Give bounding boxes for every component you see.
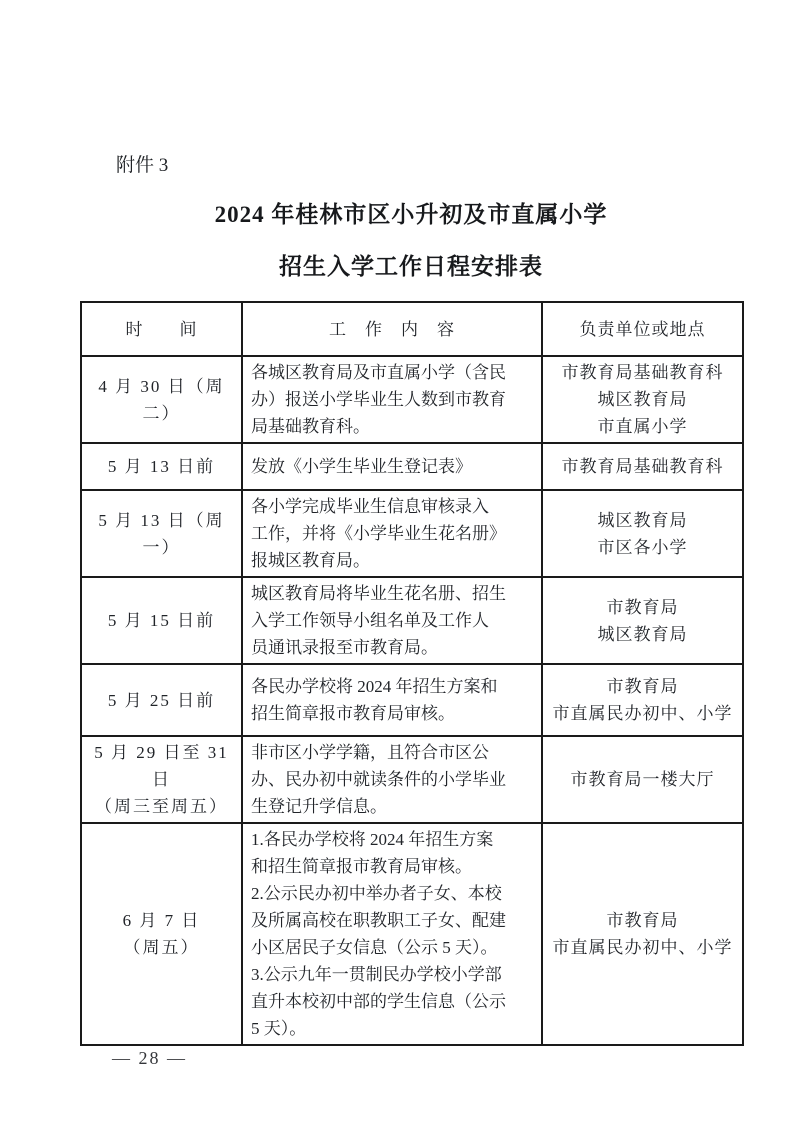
table-row: 5 月 13 日前 发放《小学生毕业生登记表》 市教育局基础教育科 [81,443,743,490]
unit-cell: 市教育局一楼大厅 [542,736,743,823]
time-cell: 5 月 13 日（周一） [81,490,242,577]
time-cell: 5 月 15 日前 [81,577,242,664]
unit-cell: 市教育局 市直属民办初中、小学 [542,664,743,736]
table-header-row: 时 间 工 作 内 容 负责单位或地点 [81,302,743,356]
attachment-label: 附件 3 [116,152,742,179]
table-row: 5 月 13 日（周一） 各小学完成毕业生信息审核录入 工作，并将《小学毕业生花… [81,490,743,577]
content-cell: 非市区小学学籍，且符合市区公 办、民办初中就读条件的小学毕业 生登记升学信息。 [242,736,542,823]
table-row: 4 月 30 日（周二） 各城区教育局及市直属小学（含民 办）报送小学毕业生人数… [81,356,743,443]
page-number: — 28 — [112,1048,187,1069]
time-cell: 6 月 7 日 （周五） [81,823,242,1045]
table-row: 5 月 25 日前 各民办学校将 2024 年招生方案和 招生简章报市教育局审核… [81,664,743,736]
unit-cell: 市教育局基础教育科 [542,443,743,490]
time-cell: 5 月 29 日至 31 日 （周三至周五） [81,736,242,823]
document-title: 2024 年桂林市区小升初及市直属小学 招生入学工作日程安排表 [80,189,742,293]
unit-cell: 市教育局基础教育科 城区教育局 市直属小学 [542,356,743,443]
content-cell: 发放《小学生毕业生登记表》 [242,443,542,490]
content-cell: 城区教育局将毕业生花名册、招生 入学工作领导小组名单及工作人 员通讯录报至市教育… [242,577,542,664]
content-cell: 各民办学校将 2024 年招生方案和 招生简章报市教育局审核。 [242,664,542,736]
table-row: 5 月 29 日至 31 日 （周三至周五） 非市区小学学籍，且符合市区公 办、… [81,736,743,823]
document-title-line1: 2024 年桂林市区小升初及市直属小学 [80,189,742,241]
time-cell: 4 月 30 日（周二） [81,356,242,443]
column-header-time: 时 间 [81,302,242,356]
content-cell: 1.各民办学校将 2024 年招生方案 和招生简章报市教育局审核。 2.公示民办… [242,823,542,1045]
content-cell: 各城区教育局及市直属小学（含民 办）报送小学毕业生人数到市教育 局基础教育科。 [242,356,542,443]
schedule-table: 时 间 工 作 内 容 负责单位或地点 4 月 30 日（周二） 各城区教育局及… [80,301,744,1046]
time-cell: 5 月 25 日前 [81,664,242,736]
document-body: 附件 3 2024 年桂林市区小升初及市直属小学 招生入学工作日程安排表 时 间… [80,152,742,1046]
column-header-content: 工 作 内 容 [242,302,542,356]
unit-cell: 市教育局 城区教育局 [542,577,743,664]
document-page: { "document": { "attachment_label": "附件 … [0,0,800,1131]
column-header-unit: 负责单位或地点 [542,302,743,356]
table-row: 5 月 15 日前 城区教育局将毕业生花名册、招生 入学工作领导小组名单及工作人… [81,577,743,664]
unit-cell: 城区教育局 市区各小学 [542,490,743,577]
content-cell: 各小学完成毕业生信息审核录入 工作，并将《小学毕业生花名册》 报城区教育局。 [242,490,542,577]
time-cell: 5 月 13 日前 [81,443,242,490]
table-row: 6 月 7 日 （周五） 1.各民办学校将 2024 年招生方案 和招生简章报市… [81,823,743,1045]
document-title-line2: 招生入学工作日程安排表 [80,241,742,293]
unit-cell: 市教育局 市直属民办初中、小学 [542,823,743,1045]
